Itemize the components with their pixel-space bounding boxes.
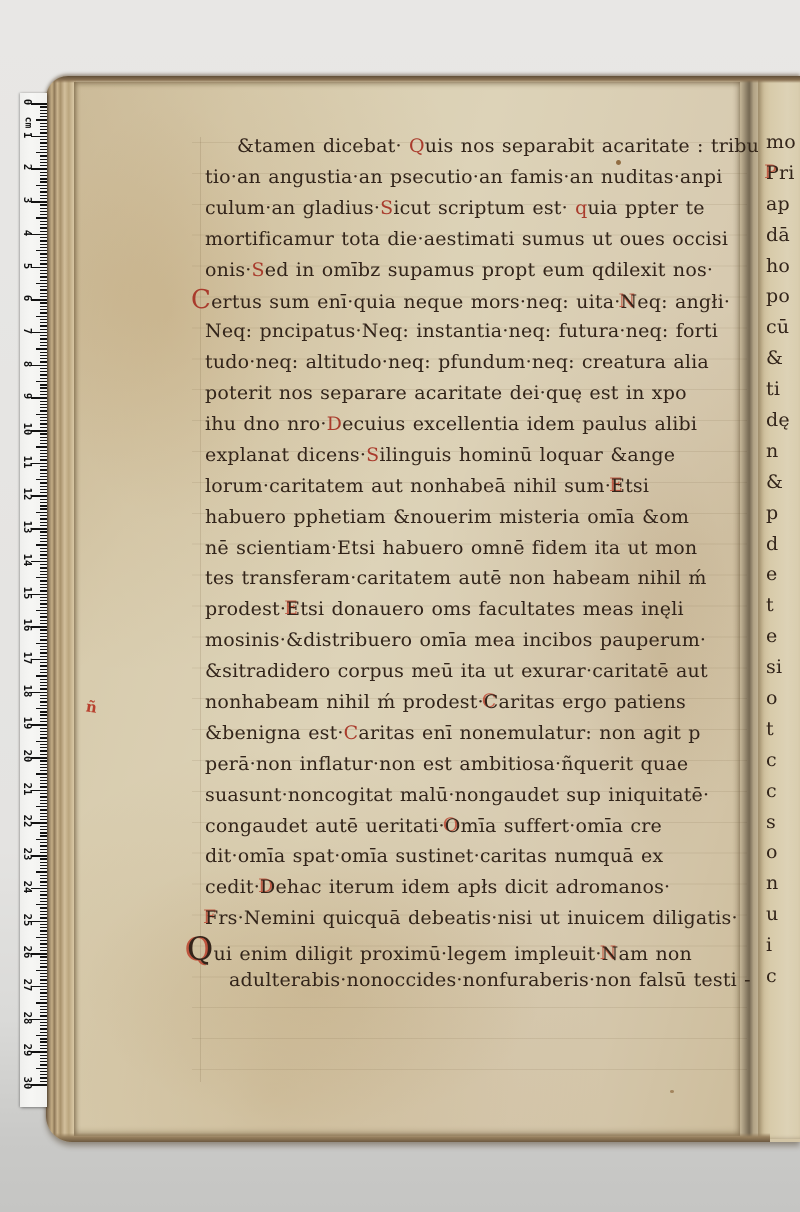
text-segment: & [766,471,783,493]
ruler-tick [40,195,47,196]
ruler-tick [40,989,47,990]
manuscript-page: ñ &tamen dicebat· Quis nos separabit aca… [74,82,740,1136]
ruler-tick [40,1032,47,1033]
ruler-tick [40,146,47,147]
ruler-tick [40,679,47,680]
ruler-tick [40,476,47,477]
ruler-tick [40,270,47,271]
text-segment: lorum·caritatem aut nonhabeā nihil sum· [205,475,611,497]
ruler-tick [40,881,47,882]
text-segment: eq: angłi· [637,291,730,313]
facing-fragment: & [766,343,796,374]
rubric-initial: C [344,722,359,744]
ruler-tick [40,770,47,771]
text-segment: mortificamur tota die·aestimati sumus ut… [205,228,728,250]
ruler-number: 2 [21,159,33,175]
ruler-number: 22 [21,813,33,829]
ruler-number: 26 [21,944,33,960]
ruler-tick [40,966,47,967]
ruler-tick [36,1002,47,1003]
ruler-tick [40,508,47,509]
text-segment: aritas ergo patiens [499,691,686,713]
ruler-tick [40,894,47,895]
ruler-tick [40,747,47,748]
ruler-tick [40,639,47,640]
ruler-tick [40,361,47,362]
book-bottom-edge [52,1133,770,1142]
text-segment: ecuius excellentia idem paulus alibi [342,413,697,435]
facing-fragment: e [766,559,796,590]
ruler-tick [40,440,47,441]
ruler-tick [40,188,47,189]
ruler-tick [40,767,47,768]
ruler-tick [40,123,47,124]
text-line: poterit nos separare acaritate dei·quę e… [205,378,765,409]
text-segment: c [766,749,777,771]
facing-fragment: n [766,436,796,467]
ruler-tick [40,891,47,892]
ruler-tick [40,956,47,957]
ruler-tick [40,142,47,143]
text-line: dit·omīa spat·omīa sustinet·caritas numq… [205,841,765,872]
facing-fragment: Pri [766,158,796,189]
rubric-initial: E [286,598,300,620]
ruler-tick [31,234,47,236]
ruler-tick [40,453,47,454]
text-line: adulterabis·nonoccides·nonfuraberis·non … [229,965,765,996]
text-segment: onis· [205,259,252,281]
ruler-number: 9 [21,388,33,404]
ruler-tick [36,741,47,742]
ruler-tick [40,672,47,673]
ruler-tick [40,629,47,630]
text-line: explanat dicens·Silinguis hominū loquar … [205,440,765,471]
ruler-tick [40,885,47,886]
ruler-tick [40,489,47,490]
rubric-initial: O [445,815,461,837]
ruler-tick [31,986,47,988]
facing-fragment: si [766,652,796,683]
ruler-tick [40,835,47,836]
ruler-tick [40,302,47,303]
ruler-tick [40,502,47,503]
ruler-tick [40,1009,47,1010]
ruler-tick [31,724,47,726]
facing-page-text: moPriapdāhopocū&tidęn&pdetesiotccsonuic [766,127,796,992]
ruler-tick [31,136,47,138]
ruler-tick [40,744,47,745]
ruler-tick [31,790,47,792]
ruler-tick [40,263,47,264]
text-line: tudo·neq: altitudo·neq: pfundum·neq: cre… [205,347,765,378]
ruler-tick [40,878,47,879]
ruler-tick [40,590,47,591]
text-segment: po [766,285,790,307]
text-segment: nonhabeam nihil ḿ prodest· [205,691,484,713]
ruler-tick [36,381,47,382]
text-line: nonhabeam nihil ḿ prodest·Caritas ergo p… [205,687,765,718]
ruler-tick [40,391,47,392]
rubric-initial: S [380,197,393,219]
rubric-initial: F [205,907,218,929]
ruler-tick [40,616,47,617]
ruler-number: 3 [21,192,33,208]
ruler-tick [40,983,47,984]
text-segment: congaudet autē ueritati· [205,815,445,837]
ruler-tick [40,384,47,385]
ruler-tick [40,620,47,621]
ruler-tick [40,273,47,274]
ruler-tick [40,826,47,827]
text-segment: mīa suffert·omīa cre [461,815,662,837]
ruler-tick [31,397,47,399]
ruler-tick [31,953,47,955]
text-segment: o [766,841,778,863]
ruler-tick [40,646,47,647]
ruler-tick [31,692,47,694]
ruler-tick [40,159,47,160]
text-line: nē scientiam·Etsi habuero omnē fidem ita… [205,533,765,564]
text-line: tio·an angustia·an psecutio·an famis·an … [205,162,765,193]
ruler-tick [36,839,47,840]
ruler-tick [40,1081,47,1082]
ruler-tick [40,387,47,388]
text-segment: dę [766,409,790,431]
ruler-tick [40,1025,47,1026]
ruler-tick [40,1077,47,1078]
ruler-tick [40,492,47,493]
ruler-tick [40,204,47,205]
ruler-tick [40,911,47,912]
ruler-tick [40,525,47,526]
ruler-tick [40,280,47,281]
ruler-tick [40,443,47,444]
ruler-tick [40,309,47,310]
ruler-tick [40,914,47,915]
ruler-tick [40,973,47,974]
ruler-tick [40,352,47,353]
text-segment: aritas enī nonemulatur: non agit p [358,722,700,744]
text-line: &tamen dicebat· Quis nos separabit acari… [237,131,765,162]
text-segment: dā [766,224,790,246]
ruler-number: 6 [21,290,33,306]
facing-fragment: s [766,807,796,838]
facing-fragment: ti [766,374,796,405]
ruler-tick [40,417,47,418]
ruler-tick [40,437,47,438]
ruler-tick [36,643,47,644]
text-segment: rs·Nemini quicquā debeatis·nisi ut inuic… [218,907,737,929]
ruler-tick [40,633,47,634]
text-segment: ihu dno nro· [205,413,327,435]
ruler-tick [31,495,47,497]
facing-fragment: t [766,590,796,621]
ruler-tick [40,623,47,624]
ruler-tick [40,459,47,460]
ruler-tick [40,401,47,402]
ruler-tick [40,371,47,372]
ruler-tick [36,904,47,905]
ruler-tick [40,378,47,379]
text-segment: & [766,347,783,369]
ruler-tick [31,1051,47,1053]
ruler-number: 8 [21,356,33,372]
ruler-tick [40,198,47,199]
ruler-tick [40,407,47,408]
ruler-tick [36,316,47,317]
ruler-tick [36,675,47,676]
ruler-tick [40,548,47,549]
text-line: cedit·Dehac iterum idem apłs dicit adrom… [205,872,765,903]
ruler-tick [40,110,47,111]
text-segment: dit·omīa spat·omīa sustinet·caritas numq… [205,845,663,867]
ruler-tick [40,1071,47,1072]
ruler-tick [40,976,47,977]
ruler-tick [40,947,47,948]
ruler-tick [40,247,47,248]
ruler-tick [40,607,47,608]
ruler-tick [40,816,47,817]
rubric-initial: q [575,197,587,219]
ruler-tick [40,907,47,908]
ruler-tick [36,512,47,513]
ruler-tick [40,992,47,993]
ruler-tick [40,535,47,536]
ruler-tick [40,404,47,405]
facing-fragment: c [766,776,796,807]
ruler-tick [40,289,47,290]
ruler-number: 25 [21,912,33,928]
text-segment: &benigna est· [205,722,344,744]
ruler-tick [40,652,47,653]
ruler-number: 17 [21,650,33,666]
ruler-tick [40,803,47,804]
ruler-tick [40,358,47,359]
book-top-edge [46,76,800,83]
ruler-tick [40,420,47,421]
ruler-tick [36,250,47,251]
ruler-tick [40,796,47,797]
text-segment: mo [766,131,796,153]
ruler-tick [40,574,47,575]
facing-fragment: e [766,621,796,652]
ruler-tick [40,450,47,451]
ruler-tick [40,950,47,951]
text-line: &benigna est·Caritas enī nonemulatur: no… [205,718,765,749]
ruler-tick [40,829,47,830]
ruler-number: 12 [21,486,33,502]
ruler-tick [36,610,47,611]
rubric-initial: C [484,691,499,713]
ruler-tick [31,757,47,759]
ruler-tick [40,214,47,215]
ruler-tick [40,482,47,483]
text-segment: prodest· [205,598,286,620]
ruler-tick [36,414,47,415]
ruler-tick [31,626,47,628]
text-line: congaudet autē ueritati·Omīa suffert·omī… [205,811,765,842]
ruler-tick [40,175,47,176]
ruler-tick [40,253,47,254]
ruler-tick [40,178,47,179]
facing-fragment: po [766,281,796,312]
ruler-number: 19 [21,715,33,731]
text-segment: culum·an gladius· [205,197,380,219]
ruler-tick [40,943,47,944]
ruler-tick [40,662,47,663]
ruler-tick [40,162,47,163]
ruler-tick [40,237,47,238]
ruler-tick [40,355,47,356]
ruler-tick [36,152,47,153]
ruler-number: 10 [21,421,33,437]
ruler-tick [40,342,47,343]
ruler-number: 11 [21,454,33,470]
text-segment: ri [779,162,795,184]
text-line: habuero pphetiam &nouerim misteria omīa … [205,502,765,533]
text-segment: ertus sum enī·quia neque mors·neq: uita· [211,291,620,313]
ruler-tick [40,338,47,339]
ruler-tick [40,564,47,565]
ruler-number: 13 [21,519,33,535]
ruler-number: 0 [21,94,33,110]
ruler-tick [40,695,47,696]
ruler-tick [31,1019,47,1021]
ruler-tick [40,554,47,555]
text-segment: icut scriptum est· [393,197,575,219]
ruler-tick [40,473,47,474]
ruler-tick [40,240,47,241]
ruler-number: 1 [21,127,33,143]
ruler-tick [36,446,47,447]
text-segment: adulterabis·nonoccides·nonfuraberis·non … [229,969,751,991]
text-segment: cedit· [205,876,260,898]
text-line: ihu dno nro·Decuius excellentia idem pau… [205,409,765,440]
ruler-tick [40,1058,47,1059]
ruler-tick [40,231,47,232]
ruler-tick [40,996,47,997]
ruler-tick [40,567,47,568]
ruler-tick [40,754,47,755]
ruler-tick [40,731,47,732]
ruler-tick [40,783,47,784]
ruler-tick [40,930,47,931]
ruler-number: 5 [21,258,33,274]
ruler-tick [31,822,47,824]
ruler-tick [40,423,47,424]
ruler-tick [40,901,47,902]
ruler-tick [40,505,47,506]
rubric-initial: Q [409,135,425,157]
text-segment: perā·non inflatur·non est ambitiosa·ñque… [205,753,688,775]
ruler-tick [36,1068,47,1069]
text-segment: e [766,625,777,647]
ruler-tick [40,845,47,846]
ruler-tick [40,777,47,778]
rubric-initial: E [611,475,625,497]
ruler-tick [40,221,47,222]
ruler-tick [40,486,47,487]
ruler-tick [31,528,47,530]
ruler-tick [36,217,47,218]
facing-fragment: dā [766,220,796,251]
ruler-tick [40,875,47,876]
ruler-tick [40,813,47,814]
ruler-tick [40,293,47,294]
text-segment: n [766,440,778,462]
ruler-tick [40,600,47,601]
ruler-tick [40,698,47,699]
ruler-tick [40,842,47,843]
text-segment: t [766,594,774,616]
ruler-tick [40,809,47,810]
ruler-tick [36,871,47,872]
rubric-initial: P [766,162,779,184]
ruler-tick [40,211,47,212]
ruler-tick [40,312,47,313]
ruler-tick [40,1006,47,1007]
ruler-tick [40,832,47,833]
ruler-tick [40,734,47,735]
ruler-tick [40,940,47,941]
ruler-tick [40,862,47,863]
text-segment: p [766,502,778,524]
book: ñ &tamen dicebat· Quis nos separabit aca… [46,76,800,1142]
facing-fragment: c [766,961,796,992]
ruler-tick [31,659,47,661]
ruler-tick [40,852,47,853]
text-segment: nē scientiam·Etsi habuero omnē fidem ita… [205,537,697,559]
ruler-tick [36,185,47,186]
text-segment: ed in omībz supamus propt eum qdilexit n… [265,259,713,281]
ruler-tick [40,571,47,572]
ruler-tick [40,701,47,702]
ruler-tick [31,103,47,105]
ruler-tick [31,299,47,301]
facing-fragment: i [766,930,796,961]
text-segment: ho [766,255,790,277]
text-line: lorum·caritatem aut nonhabeā nihil sum·E… [205,471,765,502]
facing-fragment: mo [766,127,796,158]
ruler-tick [36,806,47,807]
ruler-tick [40,764,47,765]
ruler-tick [31,1084,47,1086]
ruler-tick [36,937,47,938]
ruler-tick [40,793,47,794]
rubric-initial: N [620,291,637,313]
text-segment: am non [618,943,692,965]
text-segment: ilinguis hominū loquar &ange [379,444,675,466]
facing-fragment: c [766,745,796,776]
text-segment: tsi [625,475,649,497]
facing-fragment: cū [766,312,796,343]
ruler-tick [40,587,47,588]
facing-fragment: t [766,714,796,745]
ruler-tick [40,711,47,712]
ruler-tick [40,979,47,980]
ruler-tick [31,463,47,465]
ruler-tick [31,561,47,563]
ruler-tick [36,544,47,545]
ruler-tick [40,780,47,781]
text-line: Qui enim diligit proximū·legem impleuit·… [187,934,765,965]
ruler-tick [40,558,47,559]
ruler-number: 4 [21,225,33,241]
ruler-tick [40,374,47,375]
ruler-tick [40,538,47,539]
ruler-tick [40,800,47,801]
ruler-tick [40,1055,47,1056]
